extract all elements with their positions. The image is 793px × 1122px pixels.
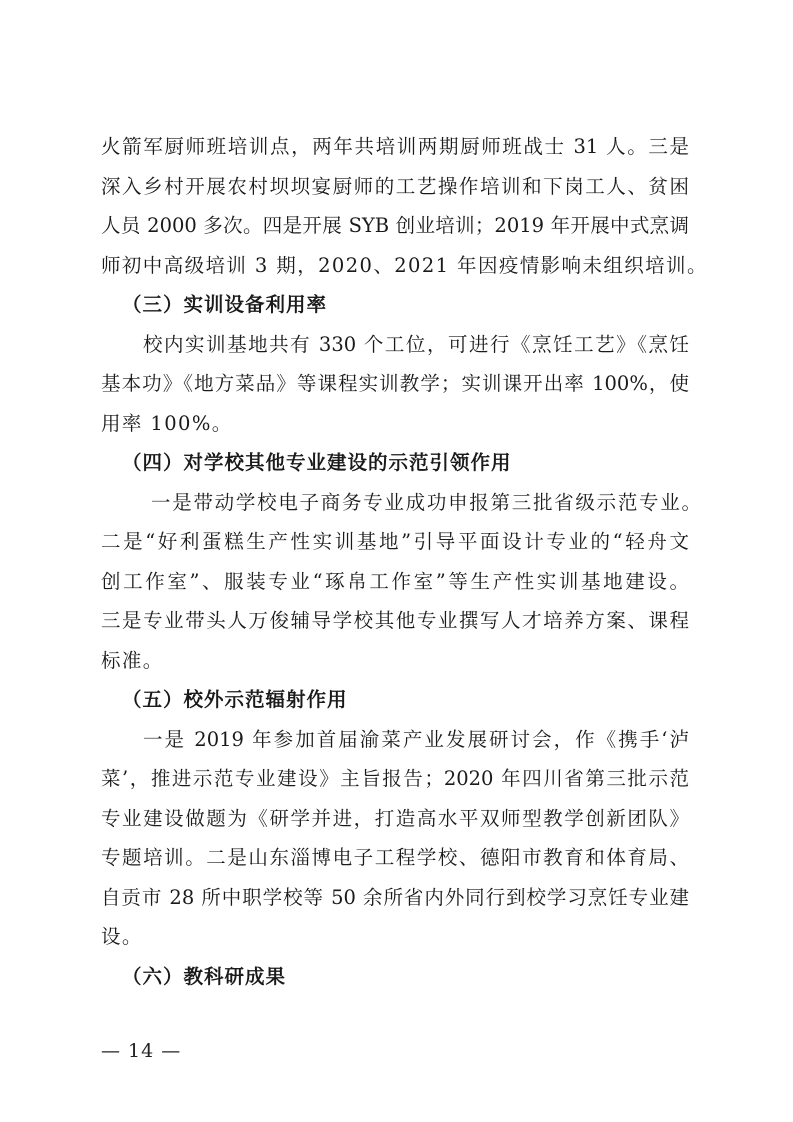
section-heading-6: （六）教科研成果 — [101, 957, 693, 997]
body-text-line: 菜’，推进示范专业建设》主旨报告；2020 年四川省第三批示范 — [101, 759, 689, 799]
body-text-line: 师初中高级培训 3 期，2020、2021 年因疫情影响未组织培训。 — [101, 246, 693, 286]
body-text-line: 一是带动学校电子商务专业成功申报第三批省级示范专业。 — [101, 483, 701, 523]
document-page: 火箭军厨师班培训点，两年共培训两期厨师班战士 31 人。三是 深入乡村开展农村坝… — [101, 127, 693, 996]
section-heading-3: （三）实训设备利用率 — [101, 285, 693, 325]
body-text-line: 三是专业带头人万俊辅导学校其他专业撰写人才培养方案、课程 — [101, 601, 689, 641]
body-text-line: 基本功》《地方菜品》等课程实训教学；实训课开出率 100%，使 — [101, 364, 689, 404]
body-text-line: 用率 100%。 — [101, 404, 693, 444]
section-heading-4: （四）对学校其他专业建设的示范引领作用 — [101, 443, 693, 483]
section-heading-5: （五）校外示范辐射作用 — [101, 680, 693, 720]
body-text-line: 设。 — [101, 917, 693, 957]
body-text-line: 专题培训。二是山东淄博电子工程学校、德阳市教育和体育局、 — [101, 838, 689, 878]
body-text-line: 创工作室”、服装专业“琢帛工作室”等生产性实训基地建设。 — [101, 562, 689, 602]
body-text-line: 深入乡村开展农村坝坝宴厨师的工艺操作培训和下岗工人、贫困 — [101, 167, 689, 207]
body-text-line: 一是 2019 年参加首届渝菜产业发展研讨会，作《携手‘泸 — [101, 720, 689, 760]
body-text-line: 二是“好利蛋糕生产性实训基地”引导平面设计专业的“轻舟文 — [101, 522, 689, 562]
page-number: — 14 — — [101, 1040, 181, 1062]
body-text-line: 标准。 — [101, 641, 693, 681]
body-text-line: 火箭军厨师班培训点，两年共培训两期厨师班战士 31 人。三是 — [101, 127, 689, 167]
body-text-line: 校内实训基地共有 330 个工位，可进行《烹饪工艺》《烹饪 — [101, 325, 689, 365]
body-text-line: 人员 2000 多次。四是开展 SYB 创业培训；2019 年开展中式烹调 — [101, 206, 689, 246]
body-text-line: 自贡市 28 所中职学校等 50 余所省内外同行到校学习烹饪专业建 — [101, 878, 689, 918]
body-text-line: 专业建设做题为《研学并进，打造高水平双师型教学创新团队》 — [101, 799, 689, 839]
